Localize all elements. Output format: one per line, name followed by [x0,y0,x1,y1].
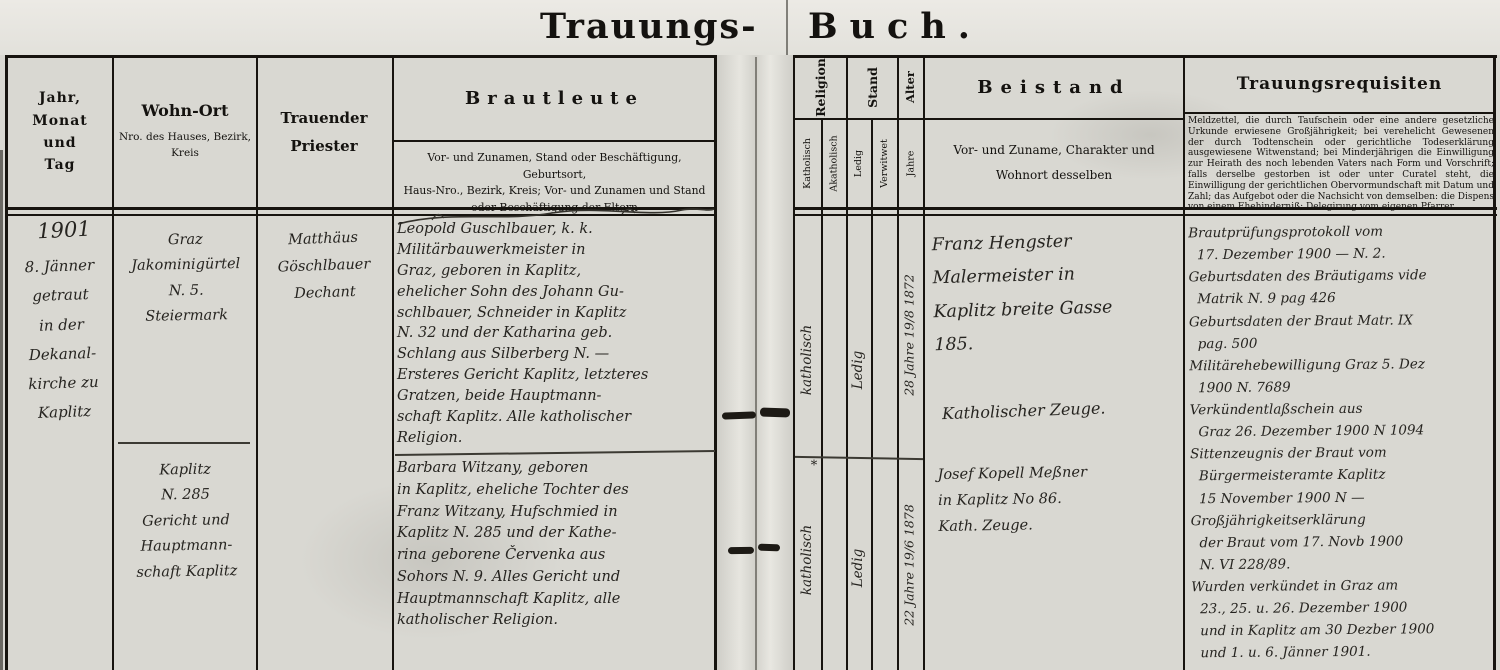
book-title-left: Trauungs- [540,6,758,47]
header-requisiten-sub: Meldzettel, die durch Taufschein oder ei… [1186,116,1496,213]
book-title-right: Buch. [808,6,982,47]
header-residence-title: Wohn-Ort [114,90,256,130]
entry-witness-1: Franz Hengster Malermeister in Kaplitz b… [931,223,1180,362]
entry-residence-groom: Graz Jakominigürtel N. 5. Steiermark [117,227,255,331]
header-couple-title: Brautleute [394,58,715,138]
top-fold-line [786,0,788,55]
footnote-mark: * [811,459,818,474]
gutter-fold-line [755,57,757,670]
header-date-column: Jahr, Monat und Tag [8,58,112,206]
entry-requisiten: Brautprüfungsprotokoll vom 17. Dezember … [1188,220,1492,665]
binding-thread [728,547,754,554]
header-religion-title: Religion [795,57,845,117]
entry-groom-religion: katholisch [799,325,815,395]
header-beistand-title: Beistand [925,60,1183,114]
scan-edge [0,150,3,670]
entry-date-year: 1901 [17,216,110,245]
binding-thread [760,407,790,417]
binding-thread [758,544,780,552]
table-line [1183,112,1494,114]
table-line [392,55,394,670]
header-beistand-sub: Vor- und Zuname, Charakter und Wohnort d… [925,124,1183,202]
header-alter-title: Alter [898,57,922,117]
entry-residence-bride: Kaplitz N. 285 Gericht und Hauptmann- sc… [117,457,255,586]
entry-groom-age: 28 Jahre 19/8 1872 [902,274,917,396]
entry-bride-age: 22 Jahre 19/6 1878 [902,504,917,626]
header-stand-title: Stand [848,57,896,117]
entry-witness-1-note: Katholischer Zeuge. [942,396,1179,423]
entry-groom-stand: Ledig [850,351,866,390]
row-divider [395,450,715,455]
binding-thread [722,411,756,419]
header-residence-sub: Nro. des Hauses, Bezirk, Kreis [114,130,256,162]
table-line [793,214,1497,216]
table-line [1183,55,1185,670]
header-requisiten-title: Trauungsrequisiten [1185,60,1494,108]
header-katholisch: Katholisch [794,120,821,206]
header-verwitwet: Verwitwet [872,120,897,206]
entry-groom: Leopold Guschlbauer, k. k. Militärbauwer… [397,219,715,449]
register-scan: Trauungs- Buch. Jahr, Monat und Tag Wohn… [0,0,1500,670]
header-ledig: Ledig [847,120,871,206]
entry-date: 8. Jänner getraut in der Dekanal- kirche… [9,250,115,429]
table-line [392,140,717,142]
entry-bride-stand: Ledig [850,549,866,588]
entry-bride: Barbara Witzany, geboren in Kaplitz, ehe… [397,458,715,632]
header-jahre: Jahre [898,120,923,206]
header-priest-column: Trauender Priester [258,58,390,206]
table-line [923,118,1183,120]
entry-witness-2: Josef Kopell Meßner in Kaplitz No 86. Ka… [937,458,1174,540]
entry-priest: Matthäus Göschlbauer Dechant [259,224,390,309]
row-divider [118,442,250,444]
entry-bride-religion: katholisch [799,525,815,595]
header-akatholisch: Akatholisch [822,120,846,206]
